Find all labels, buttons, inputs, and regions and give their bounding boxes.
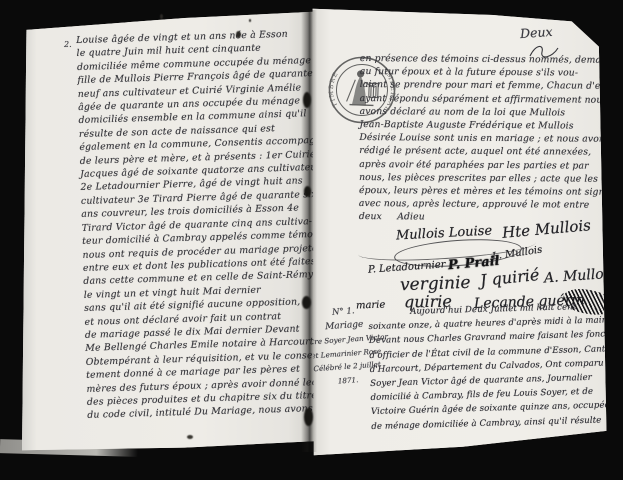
ink-speck xyxy=(249,19,251,22)
binding-stain xyxy=(303,92,311,108)
binding-stain xyxy=(304,408,313,426)
binding-seam xyxy=(301,10,317,452)
act-conclusion-text: en présence des témoins ci-dessus nommés… xyxy=(359,52,608,225)
folio-number-word: Deux xyxy=(520,24,553,41)
left-page: 2. Louise âgée de vingt et un ans née à … xyxy=(22,10,318,452)
next-act-text: Aujourd'hui Deux Juillet mil huit centso… xyxy=(368,299,611,433)
left-page-text: Louise âgée de vingt et un ans née à Ess… xyxy=(76,27,315,422)
ink-speck xyxy=(236,31,241,38)
small-ink-mark xyxy=(187,435,193,439)
binding-stain xyxy=(304,186,311,197)
binding-stain xyxy=(302,296,311,309)
manuscript-line: rédigé le présent acte, auquel ont été a… xyxy=(359,144,607,159)
ink-speck xyxy=(160,14,163,19)
manuscript-line: laient se prendre pour mari et femme, Ch… xyxy=(360,78,608,93)
right-page: Deux TIMBRE IMPERIAL xyxy=(312,6,614,458)
signature: A. Mullois xyxy=(544,266,616,287)
left-margin-mark: 2. xyxy=(64,40,72,49)
scanned-register-spread: 2. Louise âgée de vingt et un ans née à … xyxy=(0,0,623,480)
